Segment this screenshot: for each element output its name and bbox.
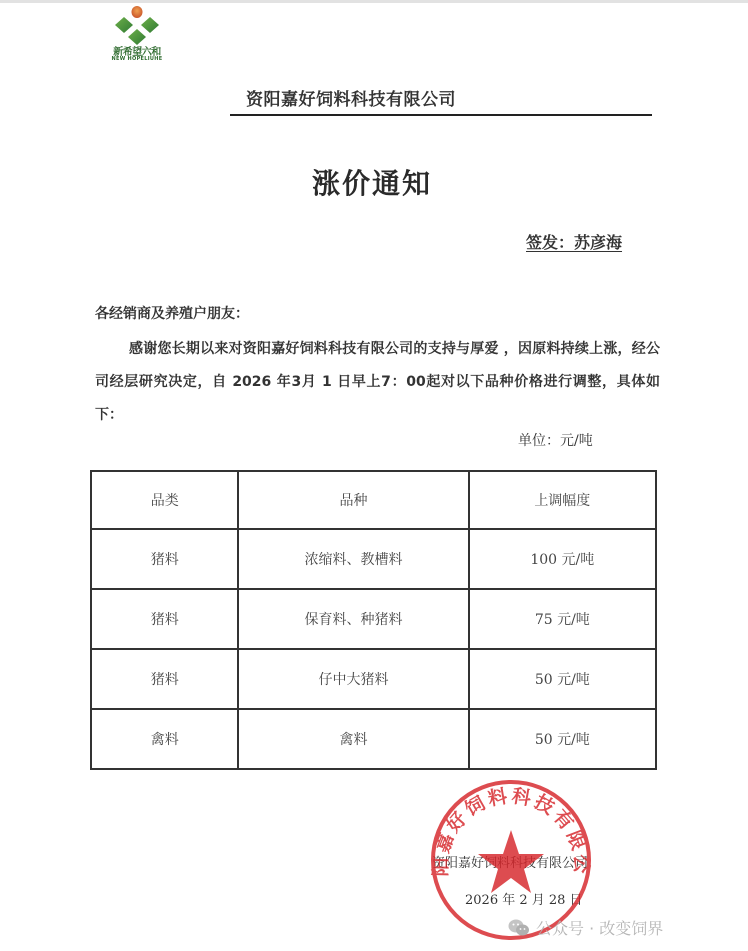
- cell-category: 猪料: [91, 589, 238, 649]
- table-row: 猪料 保育料、种猪料 75 元/吨: [91, 589, 656, 649]
- signer-line: 签发：苏彦海: [526, 230, 622, 253]
- document-title: 涨价通知: [312, 162, 432, 202]
- greeting: 各经销商及养殖户朋友：: [95, 303, 249, 323]
- unit-label: 单位：元/吨: [518, 430, 593, 450]
- company-logo: 新希望六和 NEW HOPELIUHE: [100, 5, 174, 63]
- table-row: 猪料 仔中大猪料 50 元/吨: [91, 649, 656, 709]
- wechat-icon: [508, 919, 530, 937]
- cell-category: 猪料: [91, 529, 238, 589]
- table-row: 猪料 浓缩料、教槽料 100 元/吨: [91, 529, 656, 589]
- cell-increase: 100 元/吨: [469, 529, 656, 589]
- cell-increase: 75 元/吨: [469, 589, 656, 649]
- price-adjustment-table: 品类 品种 上调幅度 猪料 浓缩料、教槽料 100 元/吨 猪料 保育料、种猪料…: [90, 470, 657, 770]
- cell-category: 猪料: [91, 649, 238, 709]
- table-row: 禽料 禽料 50 元/吨: [91, 709, 656, 769]
- header-increase: 上调幅度: [469, 471, 656, 529]
- body-paragraph: 感谢您长期以来对资阳嘉好饲料科技有限公司的支持与厚爱 ，因原料持续上涨，经公司经…: [95, 333, 660, 432]
- table-header-row: 品类 品种 上调幅度: [91, 471, 656, 529]
- watermark-text: 公众号 · 改变饲界: [536, 916, 663, 939]
- logo-text-en: NEW HOPELIUHE: [100, 56, 174, 62]
- cell-increase: 50 元/吨: [469, 649, 656, 709]
- cell-variety: 浓缩料、教槽料: [238, 529, 468, 589]
- letterhead-divider: [230, 114, 652, 116]
- cell-variety: 仔中大猪料: [238, 649, 468, 709]
- wechat-watermark: 公众号 · 改变饲界: [508, 916, 663, 939]
- logo-diamond-icon: [100, 5, 174, 45]
- cell-category: 禽料: [91, 709, 238, 769]
- letterhead-company: 资阳嘉好饲料科技有限公司: [246, 85, 456, 110]
- cell-variety: 保育料、种猪料: [238, 589, 468, 649]
- header-variety: 品种: [238, 471, 468, 529]
- cell-variety: 禽料: [238, 709, 468, 769]
- header-category: 品类: [91, 471, 238, 529]
- cell-increase: 50 元/吨: [469, 709, 656, 769]
- page-top-edge: [0, 0, 748, 3]
